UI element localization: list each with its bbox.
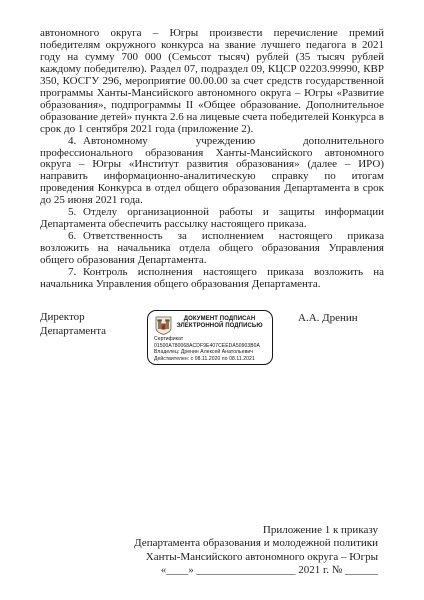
- appendix-reference: Приложение 1 к приказу Департамента обра…: [134, 524, 378, 578]
- item-text: Отделу организационной работы и защиты и…: [40, 206, 384, 230]
- document-page: автономного округа – Югры произвести пер…: [0, 0, 424, 600]
- order-item-6: 6.Ответственность за исполнением настоящ…: [40, 231, 384, 267]
- signature-name: А.А. Дренин: [298, 312, 358, 324]
- item-text: Автономному учреждению дополнительного п…: [40, 135, 384, 207]
- coat-of-arms-icon: [154, 315, 173, 335]
- stamp-title: ДОКУМЕНТ ПОДПИСАН ЭЛЕКТРОННОЙ ПОДПИСЬЮ: [173, 315, 266, 329]
- signature-position-line2: Департамента: [40, 325, 106, 339]
- paragraph-continuation: автономного округа – Югры произвести пер…: [40, 28, 384, 136]
- order-item-5: 5.Отделу организационной работы и защиты…: [40, 207, 384, 231]
- stamp-validity: Действителен: с 08.11.2020 по 08.11.2021: [154, 356, 266, 363]
- appendix-line2: Департамента образования и молодежной по…: [134, 537, 378, 550]
- signature-position-title: Директор Департамента: [40, 311, 106, 338]
- stamp-header: ДОКУМЕНТ ПОДПИСАН ЭЛЕКТРОННОЙ ПОДПИСЬЮ: [154, 315, 266, 335]
- stamp-title-line2: ЭЛЕКТРОННОЙ ПОДПИСЬЮ: [173, 323, 266, 330]
- appendix-line4: «____» __________________ 2021 г. № ____…: [134, 564, 378, 577]
- stamp-owner: Владелец: Дренин Алексей Анатольевич: [154, 349, 266, 356]
- appendix-line3: Ханты-Мансийского автономного округа – Ю…: [134, 551, 378, 564]
- signature-position-line1: Директор: [40, 311, 106, 325]
- item-text: Ответственность за исполнением настоящег…: [40, 230, 384, 266]
- digital-signature-stamp: ДОКУМЕНТ ПОДПИСАН ЭЛЕКТРОННОЙ ПОДПИСЬЮ С…: [147, 310, 273, 365]
- document-body: автономного округа – Югры произвести пер…: [40, 28, 384, 291]
- appendix-line1: Приложение 1 к приказу: [134, 524, 378, 537]
- order-item-4: 4.Автономному учреждению дополнительного…: [40, 136, 384, 208]
- item-text: Контроль исполнения настоящего приказа в…: [40, 266, 384, 290]
- order-item-7: 7.Контроль исполнения настоящего приказа…: [40, 267, 384, 291]
- stamp-details: Сертификат 01500A780068ACDF9E407CEEDA509…: [154, 336, 266, 362]
- stamp-title-line1: ДОКУМЕНТ ПОДПИСАН: [173, 316, 266, 323]
